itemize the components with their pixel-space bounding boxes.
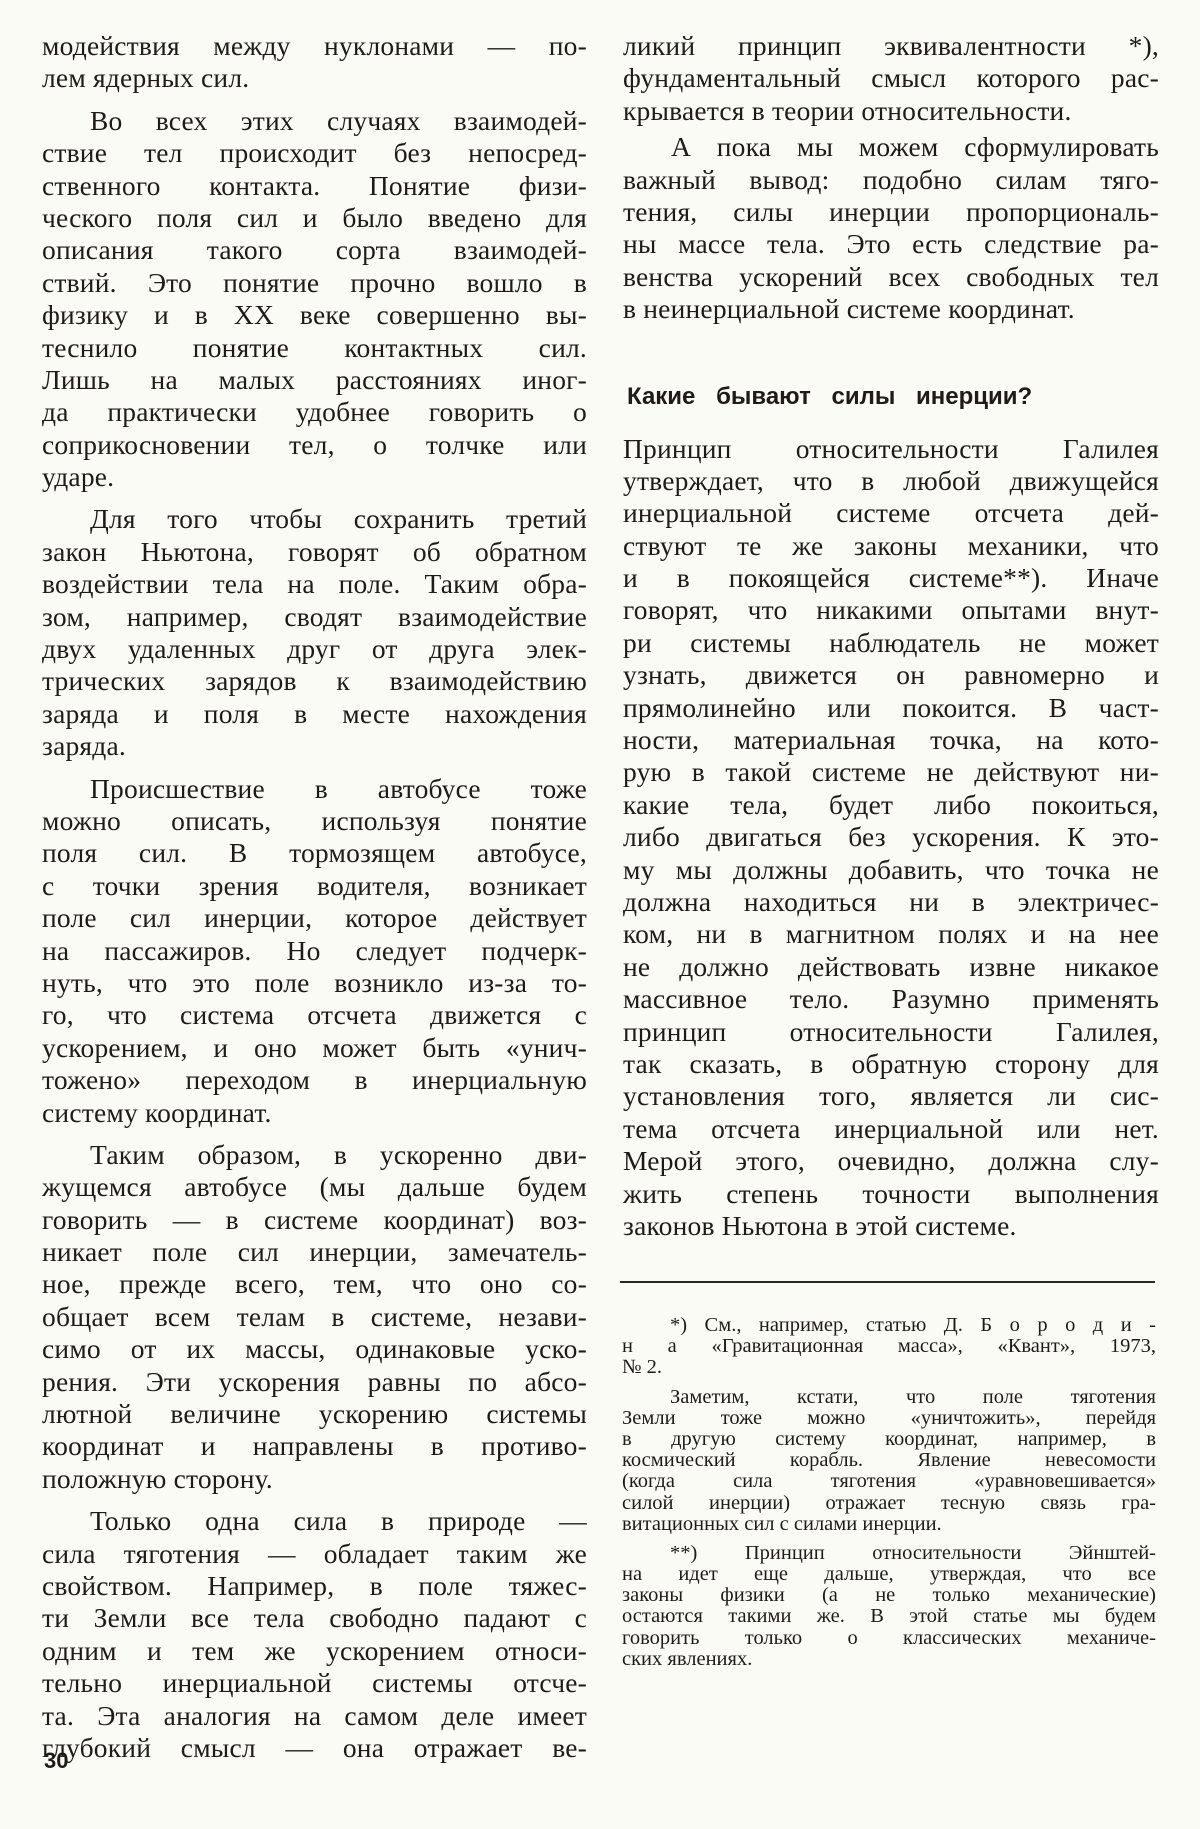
text-line: массивное тело. Разумно применять — [623, 983, 1159, 1015]
footnote-line: Земли тоже можно «уничтожить», перейдя — [622, 1408, 1156, 1429]
section-heading: Какие бывают силы инерции? — [623, 381, 1159, 413]
text-line: ческого поля сил и было введено для — [42, 202, 587, 234]
text-line: Происшествие в автобусе тоже — [42, 773, 587, 805]
footnote-line: в другую систему координат, например, в — [622, 1429, 1156, 1450]
text-line: никает поле сил инерции, замечатель- — [42, 1236, 587, 1268]
paragraph: ликий принцип эквивалентности *), фундам… — [623, 30, 1159, 127]
footnote-line: **) Принцип относительности Эйнштей- — [622, 1543, 1156, 1564]
text-line: тожено» переходом в инерциальную — [42, 1064, 587, 1096]
paragraph: Только одна сила в природе — сила тяготе… — [42, 1505, 587, 1764]
paragraph: Во всех этих случаях взаимодей- ствие те… — [42, 105, 587, 494]
text-line: симо от их массы, одинаковые уско- — [42, 1333, 587, 1365]
footnote-note: Заметим, кстати, что поле тяготения Земл… — [622, 1387, 1156, 1535]
text-line: жущемся автобусе (мы дальше будем — [42, 1171, 587, 1203]
text-line: принцип относительности Галилея, — [623, 1016, 1159, 1048]
paragraph: модействия между нуклонами — по- лем яде… — [42, 30, 587, 95]
text-line: инерциальной системе отсчета дей- — [623, 497, 1159, 529]
text-line: одним и тем же ускорением относи- — [42, 1635, 587, 1667]
paragraph: Таким образом, в ускоренно дви- жущемся … — [42, 1139, 587, 1495]
footnote-line: № 2. — [622, 1357, 1156, 1378]
text-line: зом, например, сводят взаимодействие — [42, 601, 587, 633]
text-line: ликий принцип эквивалентности *), — [623, 30, 1159, 62]
text-line: координат и направлены в противо- — [42, 1430, 587, 1462]
text-line: А пока мы можем сформулировать — [623, 131, 1159, 163]
text-line: ственного контакта. Понятие физи- — [42, 170, 587, 202]
text-line: рения. Эти ускорения равны по абсо- — [42, 1366, 587, 1398]
footnote-divider — [620, 1281, 1155, 1283]
footnote-line: космический корабль. Явление невесомости — [622, 1450, 1156, 1471]
text-line: фундаментальный смысл которого рас- — [623, 62, 1159, 94]
text-line: поля сил. В тормозящем автобусе, — [42, 837, 587, 869]
text-line: свойством. Например, в поле тяжес- — [42, 1570, 587, 1602]
text-line: установления того, является ли сис- — [623, 1080, 1159, 1112]
text-line: физику и в XX веке совершенно вы- — [42, 299, 587, 331]
paragraph: А пока мы можем сформулировать важный вы… — [623, 131, 1159, 325]
text-line: либо двигаться без ускорения. К это- — [623, 821, 1159, 853]
text-line: Для того чтобы сохранить третий — [42, 503, 587, 535]
text-line: так сказать, в обратную сторону для — [623, 1048, 1159, 1080]
footnote-line: Заметим, кстати, что поле тяготения — [622, 1387, 1156, 1408]
text-line: ствие тел происходит без непосред- — [42, 137, 587, 169]
footnote-line: законы физики (а не только механические) — [622, 1585, 1156, 1606]
right-column: ликий принцип эквивалентности *), фундам… — [623, 30, 1159, 1242]
footnote-line: ских явлениях. — [622, 1649, 1156, 1670]
footnote-line: остаются такими же. В этой статье мы буд… — [622, 1606, 1156, 1627]
text-line: закон Ньютона, говорят об обратном — [42, 536, 587, 568]
text-line: воздействии тела на поле. Таким обра- — [42, 568, 587, 600]
text-line: Только одна сила в природе — — [42, 1505, 587, 1537]
text-line: ствий. Это понятие прочно вошло в — [42, 267, 587, 299]
text-line: Принцип относительности Галилея — [623, 433, 1159, 465]
text-line: лем ядерных сил. — [42, 62, 587, 94]
left-column: модействия между нуклонами — по- лем яде… — [42, 30, 587, 1764]
text-line: трических зарядов к взаимодействию — [42, 665, 587, 697]
text-line: можно описать, используя понятие — [42, 805, 587, 837]
text-line: говорят, что никакими опытами внут- — [623, 594, 1159, 626]
text-line: ствуют те же законы механики, что — [623, 530, 1159, 562]
footnote-line: *) См., например, статью Д. Б о р о д и … — [622, 1315, 1156, 1336]
text-line: узнать, движется он равномерно и — [623, 659, 1159, 691]
text-line: заряда. — [42, 730, 587, 762]
text-line: Лишь на малых расстояниях иног- — [42, 364, 587, 396]
footnote-line: на идет еще дальше, утверждая, что все — [622, 1564, 1156, 1585]
text-line: модействия между нуклонами — по- — [42, 30, 587, 62]
footnote-line: (когда сила тяготения «уравновешивается» — [622, 1471, 1156, 1492]
text-line: рую в такой системе не действуют ни- — [623, 756, 1159, 788]
text-line: жить степень точности выполнения — [623, 1178, 1159, 1210]
paragraph: Для того чтобы сохранить третий закон Нь… — [42, 503, 587, 762]
text-line: двух удаленных друг от друга элек- — [42, 633, 587, 665]
text-line: ности, материальная точка, на кото- — [623, 724, 1159, 756]
text-line: го, что система отсчета движется с — [42, 999, 587, 1031]
text-line: лютной величине ускорению системы — [42, 1398, 587, 1430]
footnote-line: витационных сил с силами инерции. — [622, 1514, 1156, 1535]
footnote-line: н а «Гравитационная масса», «Квант», 197… — [622, 1336, 1156, 1357]
footnote-2: **) Принцип относительности Эйнштей- на … — [622, 1543, 1156, 1670]
text-line: и в покоящейся системе**). Иначе — [623, 562, 1159, 594]
text-line: на пассажиров. Но следует подчерк- — [42, 935, 587, 967]
text-line: ти Земли все тела свободно падают с — [42, 1602, 587, 1634]
text-line: утверждает, что в любой движущейся — [623, 465, 1159, 497]
text-line: ное, прежде всего, тем, что оно со- — [42, 1268, 587, 1300]
text-line: тельно инерциальной системы отсче- — [42, 1667, 587, 1699]
text-line: ком, ни в магнитном полях и на нее — [623, 918, 1159, 950]
page-number: 30 — [44, 1748, 68, 1774]
text-line: положную сторону. — [42, 1463, 587, 1495]
text-line: говорить — в системе координат) воз- — [42, 1204, 587, 1236]
text-line: должна находиться ни в электричес- — [623, 886, 1159, 918]
paragraph: Принцип относительности Галилея утвержда… — [623, 433, 1159, 1243]
footnote-line: силой инерции) отражает тесную связь гра… — [622, 1493, 1156, 1514]
text-line: важный вывод: подобно силам тяго- — [623, 164, 1159, 196]
text-line: ри системы наблюдатель не может — [623, 627, 1159, 659]
text-line: ускорением, и оно может быть «унич- — [42, 1032, 587, 1064]
text-line: му мы должны добавить, что точка не — [623, 854, 1159, 886]
text-line: общает всем телам в системе, незави- — [42, 1301, 587, 1333]
text-line: венства ускорений всех свободных тел — [623, 261, 1159, 293]
text-line: крывается в теории относительности. — [623, 95, 1159, 127]
text-line: соприкосновении тел, о толчке или — [42, 429, 587, 461]
paragraph: Происшествие в автобусе тоже можно описа… — [42, 773, 587, 1129]
text-line: не должно действовать извне никакое — [623, 951, 1159, 983]
text-line: прямолинейно или покоится. В част- — [623, 692, 1159, 724]
text-line: ны массе тела. Это есть следствие ра- — [623, 228, 1159, 260]
text-line: Во всех этих случаях взаимодей- — [42, 105, 587, 137]
text-line: тения, силы инерции пропорциональ- — [623, 196, 1159, 228]
text-line: систему координат. — [42, 1097, 587, 1129]
text-line: нуть, что это поле возникло из-за то- — [42, 967, 587, 999]
text-line: какие тела, будет либо покоиться, — [623, 789, 1159, 821]
footnotes: *) См., например, статью Д. Б о р о д и … — [622, 1315, 1156, 1670]
text-line: законов Ньютона в этой системе. — [623, 1210, 1159, 1242]
text-line: тема отсчета инерциальной или нет. — [623, 1113, 1159, 1145]
text-line: Таким образом, в ускоренно дви- — [42, 1139, 587, 1171]
text-line: описания такого сорта взаимодей- — [42, 234, 587, 266]
text-line: глубокий смысл — она отражает ве- — [42, 1732, 587, 1764]
text-line: в неинерциальной системе координат. — [623, 293, 1159, 325]
footnote-1: *) См., например, статью Д. Б о р о д и … — [622, 1315, 1156, 1379]
text-line: та. Эта аналогия на самом деле имеет — [42, 1700, 587, 1732]
text-line: сила тяготения — обладает таким же — [42, 1538, 587, 1570]
text-line: ударе. — [42, 461, 587, 493]
text-line: заряда и поля в месте нахождения — [42, 698, 587, 730]
footnote-line: говорить только о классических механиче- — [622, 1628, 1156, 1649]
text-line: с точки зрения водителя, возникает — [42, 870, 587, 902]
text-line: да практически удобнее говорить о — [42, 396, 587, 428]
text-line: поле сил инерции, которое действует — [42, 902, 587, 934]
text-line: теснило понятие контактных сил. — [42, 332, 587, 364]
text-line: Мерой этого, очевидно, должна слу- — [623, 1145, 1159, 1177]
